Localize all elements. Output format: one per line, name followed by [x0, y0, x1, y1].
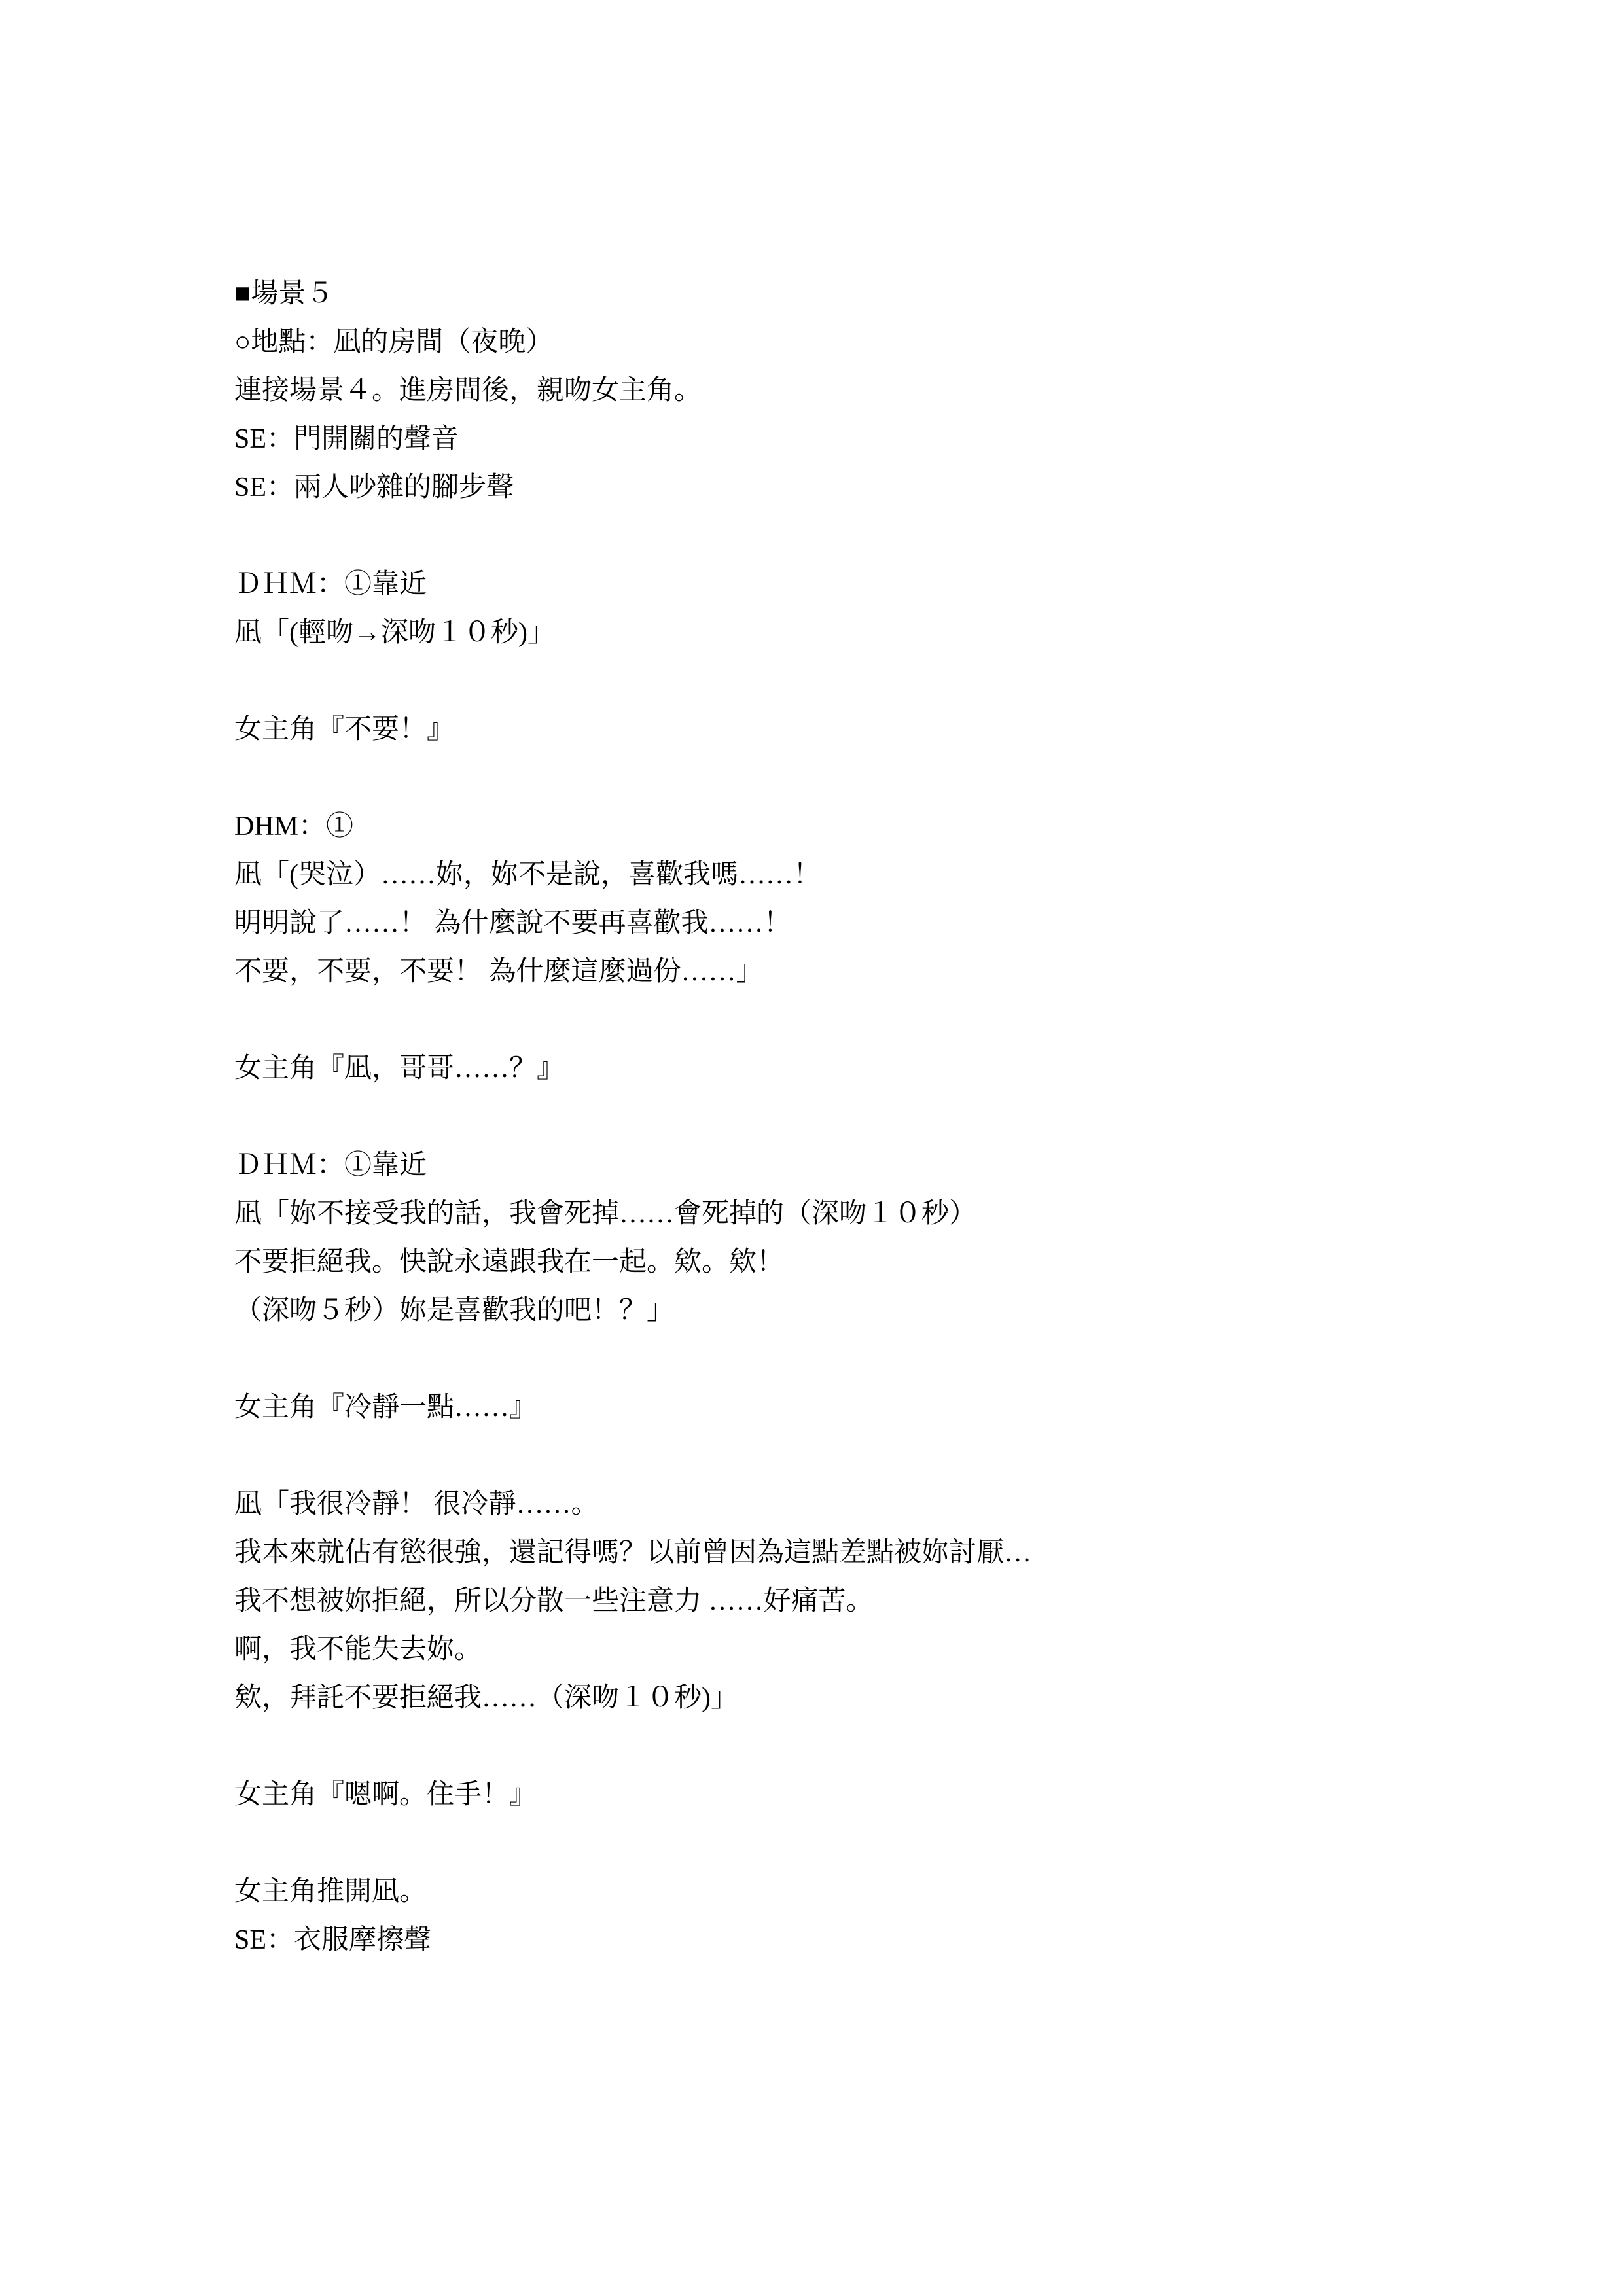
dialogue-line: 凪「我很冷靜！ 很冷靜……。 — [234, 1480, 1478, 1528]
sound-effect-line: SE：衣服摩擦聲 — [234, 1916, 1478, 1964]
dialogue-line: 我本來就佔有慾很強，還記得嗎？以前曾因為這點差點被妳討厭… — [234, 1528, 1478, 1577]
blank-line — [234, 1722, 1478, 1771]
dhm-cue: DHM：① — [234, 802, 1478, 851]
blank-line — [234, 512, 1478, 560]
dialogue-line: 凪「(哭泣）……妳，妳不是說，喜歡我嗎……！ — [234, 851, 1478, 899]
dialogue-line: 凪「(輕吻→深吻１０秒)」 — [234, 609, 1478, 657]
dialogue-line: 不要拒絕我。快說永遠跟我在一起。欸。欸！ — [234, 1238, 1478, 1286]
blank-line — [234, 1819, 1478, 1867]
script-page: ■場景５ ○地點：凪的房間（夜晚） 連接場景４。進房間後，親吻女主角。 SE：門… — [234, 270, 1478, 1964]
dhm-cue: ＤＨＭ：①靠近 — [234, 560, 1478, 609]
sound-effect-line: SE：門開關的聲音 — [234, 415, 1478, 463]
blank-line — [234, 754, 1478, 802]
dialogue-line: 女主角『不要！』 — [234, 705, 1478, 754]
dialogue-line: 我不想被妳拒絕，所以分散一些注意力 ……好痛苦。 — [234, 1577, 1478, 1625]
location-line: ○地點：凪的房間（夜晚） — [234, 318, 1478, 366]
dialogue-line: 欸，拜託不要拒絕我……（深吻１０秒)」 — [234, 1674, 1478, 1722]
blank-line — [234, 1093, 1478, 1141]
dialogue-line: 凪「妳不接受我的話，我會死掉……會死掉的（深吻１０秒） — [234, 1190, 1478, 1238]
blank-line — [234, 1432, 1478, 1480]
blank-line — [234, 657, 1478, 705]
dialogue-line: 女主角『嗯啊。住手！』 — [234, 1771, 1478, 1819]
dialogue-line: 啊，我不能失去妳。 — [234, 1625, 1478, 1674]
blank-line — [234, 1335, 1478, 1383]
dialogue-line: 女主角『凪，哥哥……？』 — [234, 1044, 1478, 1093]
stage-direction: 女主角推開凪。 — [234, 1867, 1478, 1916]
sound-effect-line: SE：兩人吵雜的腳步聲 — [234, 463, 1478, 512]
blank-line — [234, 996, 1478, 1044]
dialogue-line: 明明說了……！ 為什麼說不要再喜歡我……！ — [234, 899, 1478, 947]
dialogue-line: 女主角『冷靜一點……』 — [234, 1383, 1478, 1432]
stage-direction: 連接場景４。進房間後，親吻女主角。 — [234, 366, 1478, 415]
dialogue-line: （深吻５秒）妳是喜歡我的吧！？」 — [234, 1286, 1478, 1335]
dialogue-line: 不要，不要，不要！ 為什麼這麼過份……」 — [234, 947, 1478, 996]
dhm-cue: ＤＨＭ：①靠近 — [234, 1141, 1478, 1190]
scene-heading: ■場景５ — [234, 270, 1478, 318]
